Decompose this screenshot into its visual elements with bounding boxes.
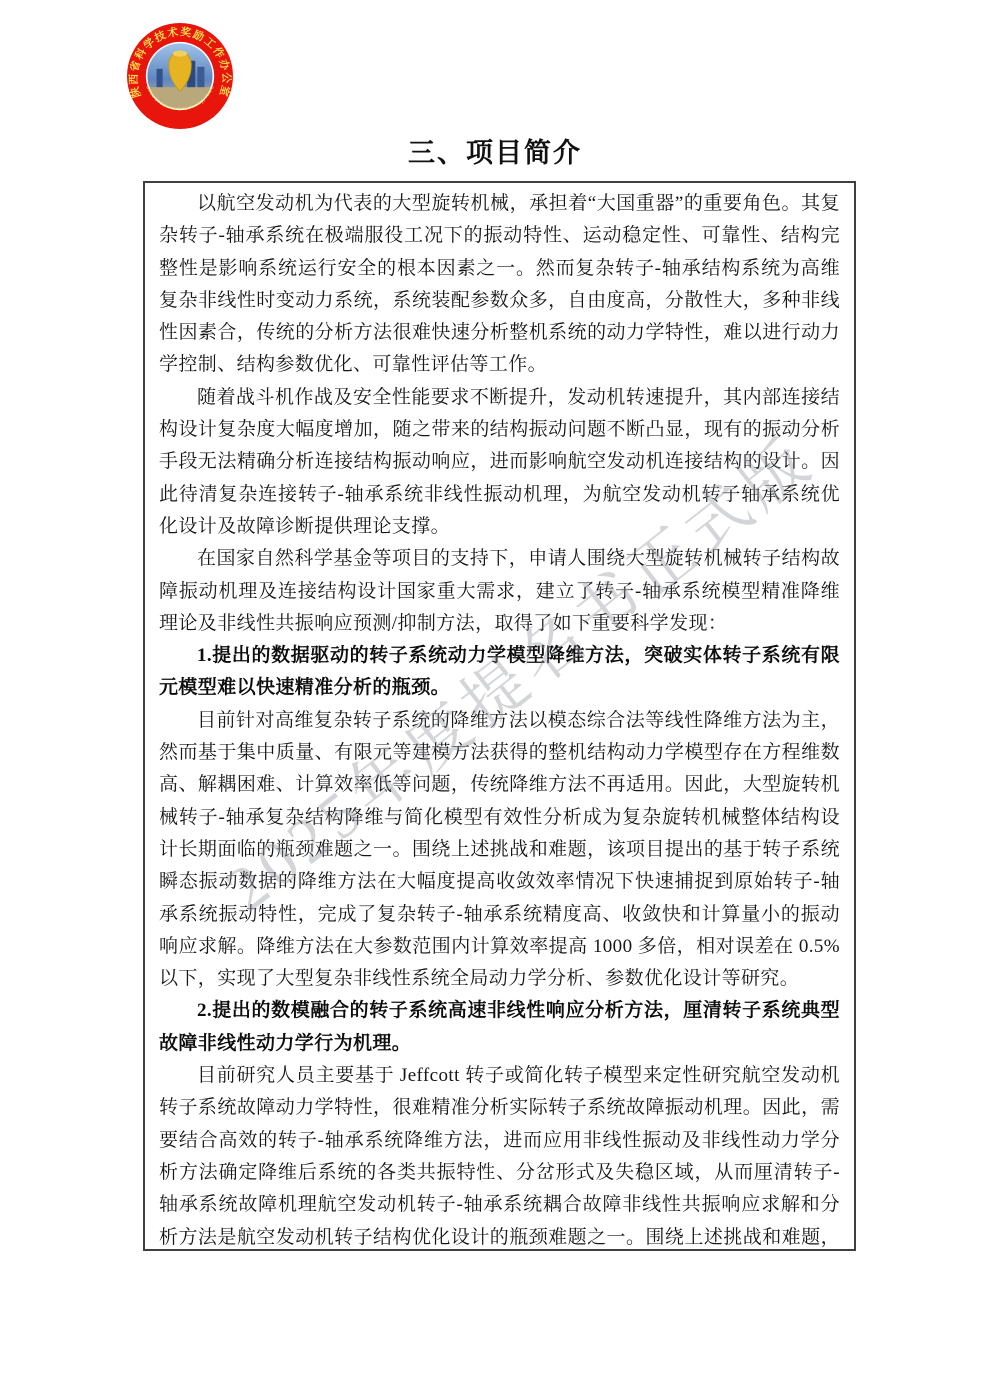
paragraph: 随着战斗机作战及安全性能要求不断提升，发动机转速提升，其内部连接结构设计复杂度大… bbox=[159, 382, 840, 543]
paragraph: 目前研究人员主要基于 Jeffcott 转子或简化转子模型来定性研究航空发动机转… bbox=[159, 1060, 840, 1251]
office-seal-logo: 陕西省科学技术奖励工作办公室 Office Of Science & Techn… bbox=[126, 22, 234, 130]
project-intro-text: 以航空发动机为代表的大型旋转机械，承担着“大国重器”的重要角色。其复杂转子-轴承… bbox=[143, 181, 856, 1251]
section-heading: 2.提出的数模融合的转子系统高速非线性响应分析方法，厘清转子系统典型故障非线性动… bbox=[159, 995, 840, 1060]
paragraph: 目前针对高维复杂转子系统的降维方法以模态综合法等线性降维方法为主，然而基于集中质… bbox=[159, 705, 840, 996]
paragraph: 以航空发动机为代表的大型旋转机械，承担着“大国重器”的重要角色。其复杂转子-轴承… bbox=[159, 188, 840, 382]
section-heading: 1.提出的数据驱动的转子系统动力学模型降维方法，突破实体转子系统有限元模型难以快… bbox=[159, 640, 840, 705]
seal-logo-icon: 陕西省科学技术奖励工作办公室 Office Of Science & Techn… bbox=[126, 22, 234, 130]
paragraph: 在国家自然科学基金等项目的支持下，申请人围绕大型旋转机械转子结构故障振动机理及连… bbox=[159, 543, 840, 640]
page-title: 三、项目简介 bbox=[0, 131, 990, 170]
